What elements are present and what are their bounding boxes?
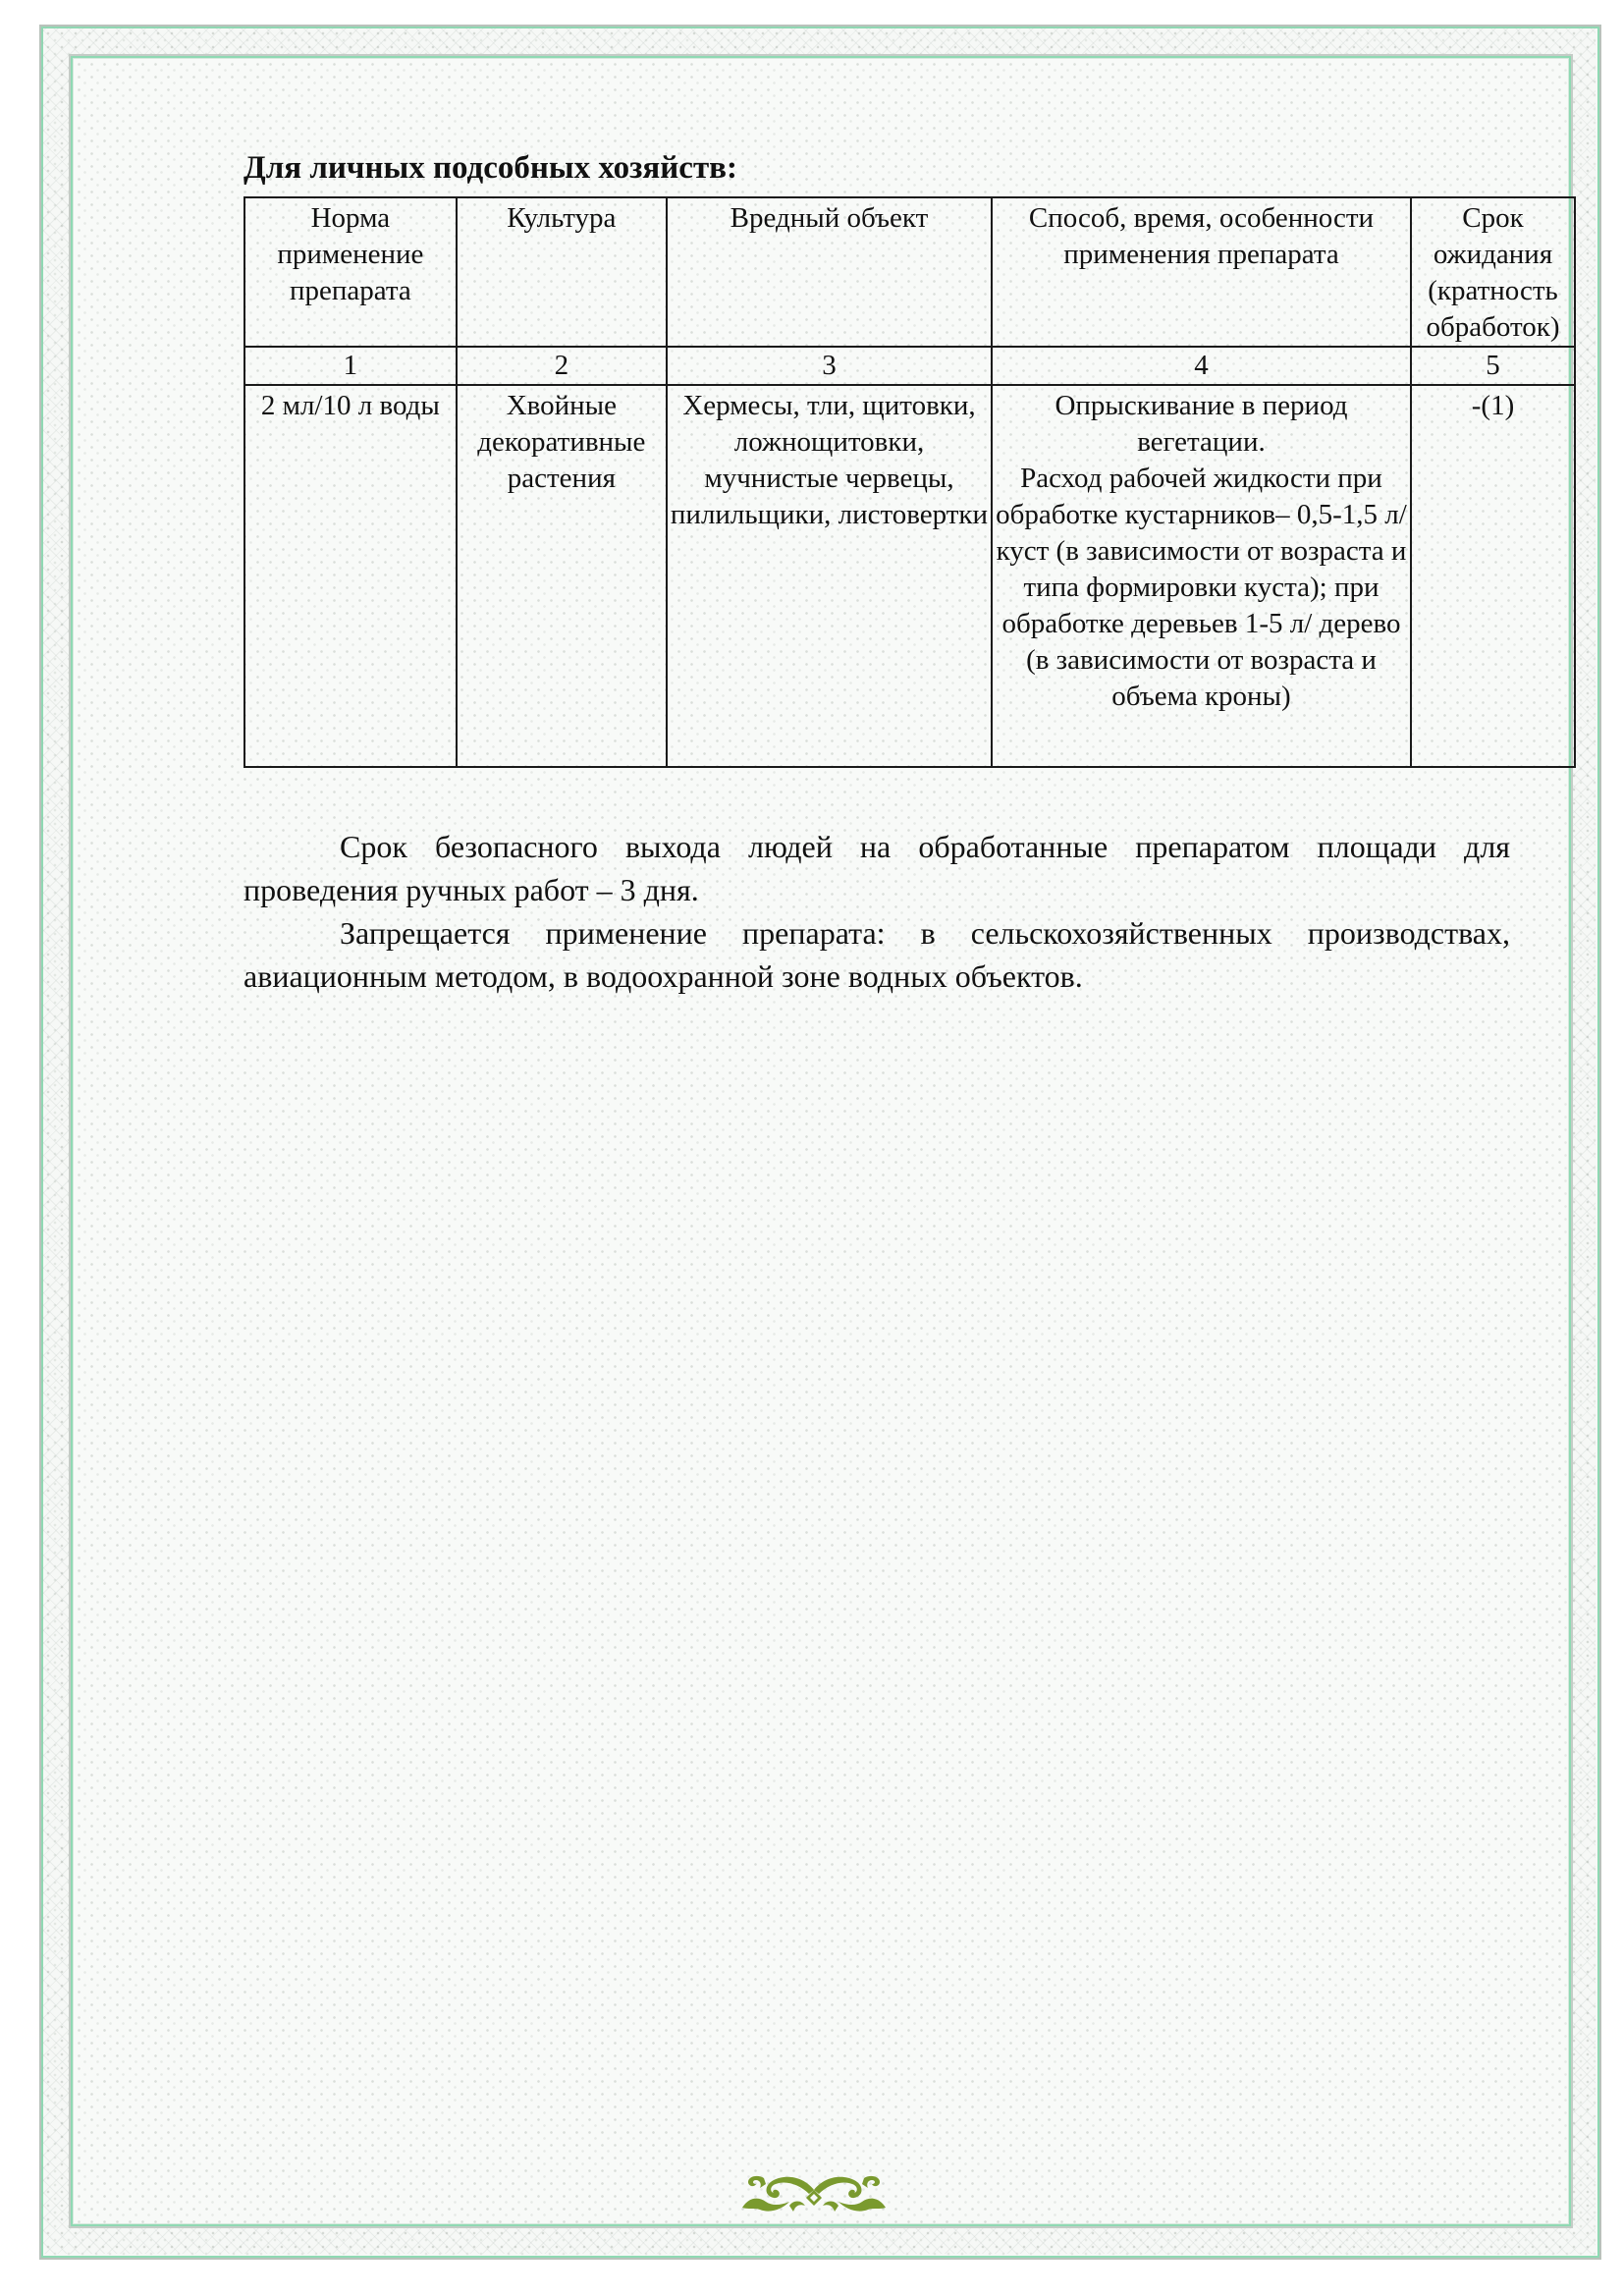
cell-crop: Хвойные декоративные растения	[457, 385, 667, 767]
cell-pest: Хермесы, тли, щитовки, ложнощитовки, муч…	[667, 385, 992, 767]
table-header-row: Норма применение препарата Культура Вред…	[244, 197, 1575, 347]
column-number: 3	[667, 347, 992, 385]
column-header-crop: Культура	[457, 197, 667, 347]
cell-norm: 2 мл/10 л воды	[244, 385, 457, 767]
table-row: 2 мл/10 л воды Хвойные декоративные раст…	[244, 385, 1575, 767]
method-line-1: Опрыскивание в период вегетации.	[995, 388, 1408, 461]
column-header-method: Способ, время, особенности применения пр…	[992, 197, 1411, 347]
method-line-2: Расход рабочей жидкости при обработке ку…	[995, 461, 1408, 715]
cell-waiting: -(1)	[1411, 385, 1575, 767]
paragraph-safe-exit: Срок безопасного выхода людей на обработ…	[243, 825, 1510, 911]
floral-ornament-icon	[734, 2168, 893, 2217]
column-number: 4	[992, 347, 1411, 385]
regulation-table: Норма применение препарата Культура Вред…	[243, 196, 1576, 768]
cell-method: Опрыскивание в период вегетации. Расход …	[992, 385, 1411, 767]
column-header-pest: Вредный объект	[667, 197, 992, 347]
column-number: 5	[1411, 347, 1575, 385]
column-header-waiting: Срок ожидания (кратность обработок)	[1411, 197, 1575, 347]
section-heading: Для личных подсобных хозяйств:	[243, 147, 737, 189]
column-header-norm: Норма применение препарата	[244, 197, 457, 347]
column-number: 1	[244, 347, 457, 385]
table-number-row: 1 2 3 4 5	[244, 347, 1575, 385]
paragraph-prohibitions: Запрещается применение препарата: в сель…	[243, 911, 1510, 998]
column-number: 2	[457, 347, 667, 385]
